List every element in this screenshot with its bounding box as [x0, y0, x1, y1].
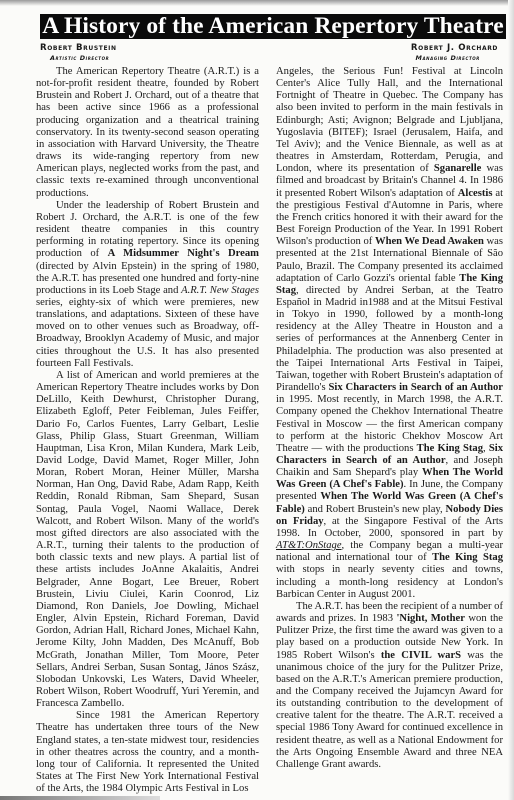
paragraph-awards: The A.R.T. has been the recipient of a n… — [276, 601, 503, 771]
paragraph-leadership: Under the leadership of Robert Brustein … — [36, 200, 259, 370]
scan-edge-right — [508, 0, 514, 800]
page-title: A History of the American Repertory Thea… — [40, 14, 506, 39]
left-column: The American Repertory Theatre (A.R.T.) … — [36, 66, 259, 795]
production-title: A Midsummer Night's Dream — [108, 248, 259, 259]
text: Angeles, the Serious Fun! Festival at Li… — [276, 66, 503, 174]
series-title: A.R.T. New Stages — [181, 285, 259, 296]
production-title: The King Stag — [417, 443, 483, 454]
text: series, eighty-six of which were premier… — [36, 297, 259, 369]
production-title: When We Dead Awaken — [375, 236, 484, 247]
scan-edge-bottom — [0, 796, 160, 800]
right-column: Angeles, the Serious Fun! Festival at Li… — [276, 66, 503, 771]
byline-name: Robert J. Orchard — [411, 43, 498, 53]
production-title: Alcestis — [458, 188, 493, 199]
paragraph-festivals: Angeles, the Serious Fun! Festival at Li… — [276, 66, 503, 601]
paragraph-tours: Since 1981 the American Repertory Theatr… — [36, 710, 259, 795]
byline-role: Managing Director — [411, 54, 498, 62]
byline-role: Artistic Director — [40, 54, 117, 62]
text: was the unanimous choice of the jury for… — [276, 650, 503, 770]
production-title: The King Stag — [432, 552, 503, 563]
byline-name: Robert Brustein — [40, 43, 117, 53]
production-title: Sganarelle — [434, 163, 481, 174]
paragraph-premieres: A list of American and world premieres a… — [36, 370, 259, 710]
paragraph-intro: The American Repertory Theatre (A.R.T.) … — [36, 66, 259, 200]
production-title: the CIVIL warS — [381, 650, 461, 661]
byline-managing-director: Robert J. Orchard Managing Director — [411, 43, 498, 62]
production-title: 'Night, Mother — [396, 613, 464, 624]
scan-edge-top — [0, 0, 514, 6]
text: and Robert Brustein's new play, — [305, 504, 446, 515]
byline-artistic-director: Robert Brustein Artistic Director — [40, 43, 117, 62]
sponsor-link[interactable]: AT&T:OnStage — [276, 540, 342, 551]
production-title: Six Characters in Search of an Author — [329, 382, 503, 393]
text: , directed by Andrei Serban, at the Teat… — [276, 285, 503, 393]
text: with stops in nearly seventy cities and … — [276, 564, 503, 599]
